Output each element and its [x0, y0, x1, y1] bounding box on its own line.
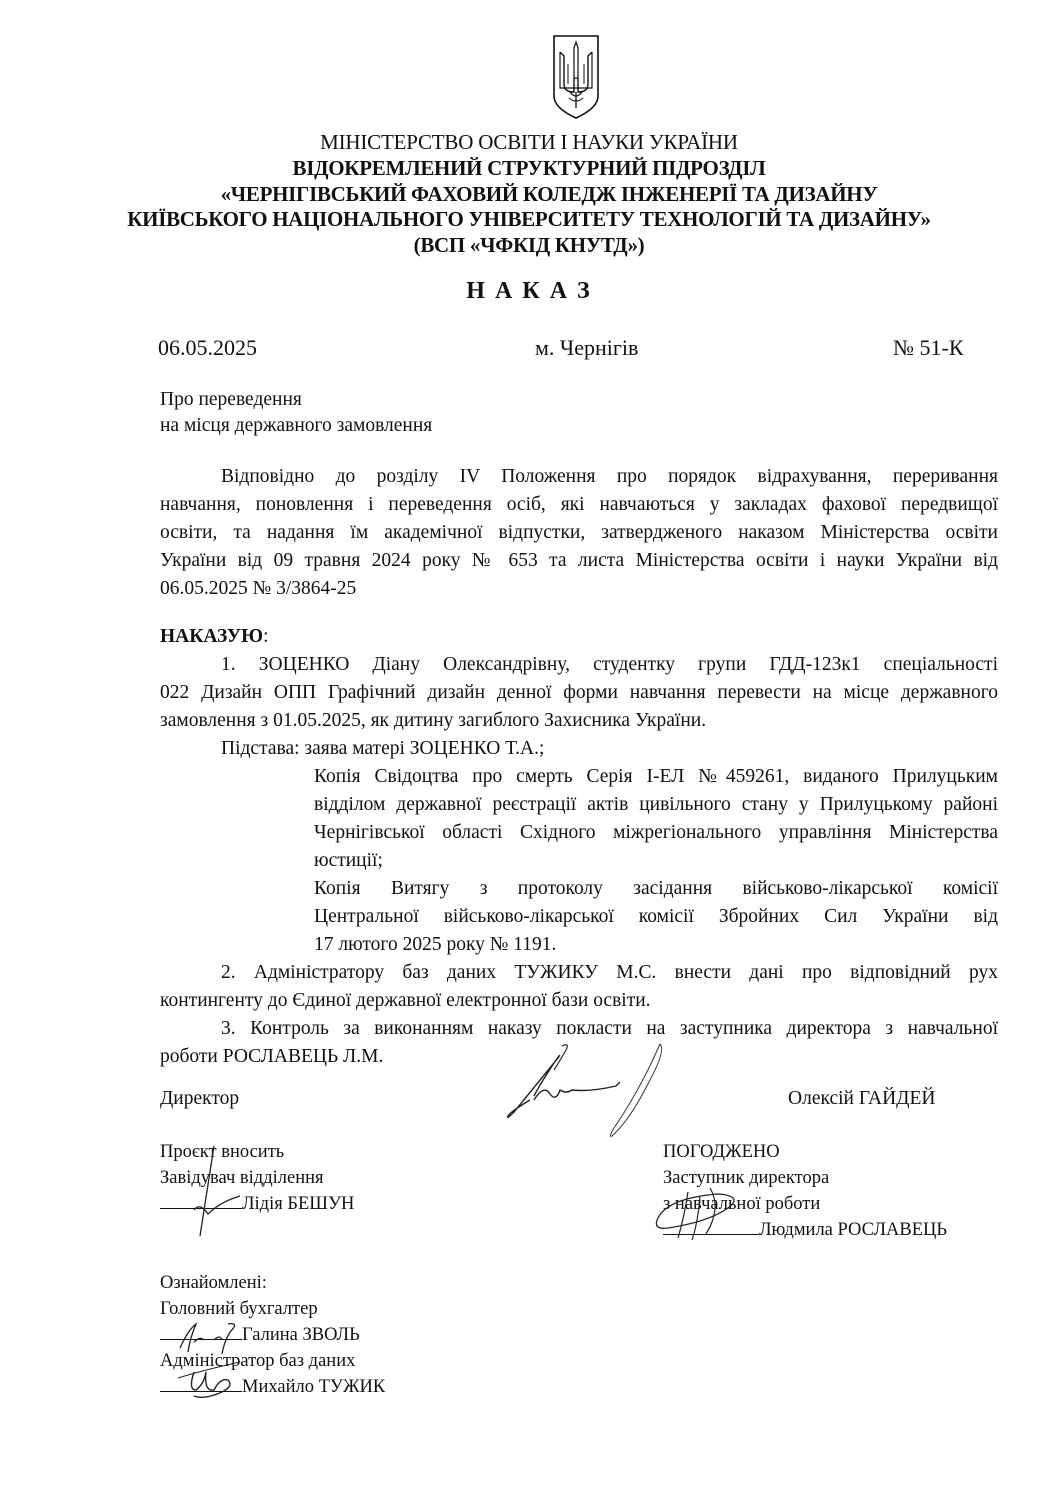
agreed-name: Людмила РОСЛАВЕЦЬ — [759, 1220, 947, 1240]
basis-label: Підстава: заява матері ЗОЦЕНКО Т.А.; — [221, 735, 544, 763]
ministry-name: МІНІСТЕРСТВО ОСВІТИ І НАУКИ УКРАЇНИ — [0, 130, 1058, 155]
acquainted-label: Ознайомлені: — [160, 1273, 267, 1294]
item1-line: замовлення з 01.05.2025, як дитину загиб… — [160, 707, 998, 735]
item3-line: 3. Контроль за виконанням наказу покласт… — [221, 1015, 998, 1043]
director-name: Олексій ГАЙДЕЙ — [788, 1085, 935, 1113]
college-abbreviation: (ВСП «ЧФКІД КНУТД») — [0, 233, 1058, 258]
accountant-name: Галина ЗВОЛЬ — [242, 1325, 360, 1345]
agreed-label: ПОГОДЖЕНО — [663, 1142, 780, 1163]
document-number: № 51-К — [893, 335, 964, 361]
director-signature-icon — [500, 1040, 680, 1140]
unit-name: ВІДОКРЕМЛЕНИЙ СТРУКТУРНИЙ ПІДРОЗДІЛ — [0, 156, 1058, 181]
college-name-line1: «ЧЕРНІГІВСЬКИЙ ФАХОВИЙ КОЛЕДЖ ІНЖЕНЕРІЇ … — [0, 182, 1058, 207]
proposed-name: Лідія БЕШУН — [242, 1194, 354, 1214]
document-date: 06.05.2025 — [158, 335, 257, 361]
preamble-line: України від 09 травня 2024 року № 653 та… — [160, 547, 998, 575]
preamble-line: Відповідно до розділу IV Положення про п… — [221, 463, 998, 491]
college-name-line2: КИЇВСЬКОГО НАЦІОНАЛЬНОГО УНІВЕРСИТЕТУ ТЕ… — [0, 207, 1058, 232]
basis-item-line: юстиції; — [314, 847, 998, 875]
document-city: м. Чернігів — [535, 335, 638, 361]
accountant-title: Головний бухгалтер — [160, 1299, 318, 1320]
item1-line: 1. ЗОЦЕНКО Діану Олександрівну, студентк… — [221, 651, 998, 679]
dbadmin-name: Михайло ТУЖИК — [242, 1377, 385, 1397]
order-heading-colon: : — [263, 626, 268, 647]
basis-item-line: Центральної військово-лікарської комісії… — [314, 903, 998, 931]
director-title: Директор — [160, 1085, 239, 1113]
agreed-signature-icon — [648, 1178, 758, 1248]
preamble-line: навчання, поновлення і переведення осіб,… — [160, 491, 998, 519]
item2-line: 2. Адміністратору баз даних ТУЖИКУ М.С. … — [221, 959, 998, 987]
trident-coat-of-arms-icon — [552, 34, 600, 120]
item2-line: контингенту до Єдиної державної електрон… — [160, 987, 998, 1015]
subject-line1: Про переведення — [160, 386, 302, 414]
dbadmin-signature-icon — [174, 1356, 254, 1406]
document-title: Н А К А З — [0, 278, 1058, 305]
basis-item-line: Копія Витягу з протоколу засідання війсь… — [314, 875, 998, 903]
preamble-line: 06.05.2025 № 3/3864-25 — [160, 575, 998, 603]
basis-item-line: Чернігівської області Східного міжрегіон… — [314, 819, 998, 847]
basis-item-line: 17 лютого 2025 року № 1191. — [314, 931, 998, 959]
basis-item-line: Копія Свідоцтва про смерть Серія І-ЕЛ №4… — [314, 763, 998, 791]
proposed-signature-icon — [180, 1140, 250, 1240]
preamble-line: освіти, та надання їм академічної відпус… — [160, 519, 998, 547]
document-page: МІНІСТЕРСТВО ОСВІТИ І НАУКИ УКРАЇНИ ВІДО… — [0, 0, 1058, 1496]
basis-item-line: відділом державної реєстрації актів циві… — [314, 791, 998, 819]
item1-line: 022 Дизайн ОПП Графічний дизайн денної ф… — [160, 679, 998, 707]
order-heading: НАКАЗУЮ: — [160, 623, 268, 651]
order-heading-label: НАКАЗУЮ — [160, 626, 263, 647]
subject-line2: на місця державного замовлення — [160, 412, 432, 440]
